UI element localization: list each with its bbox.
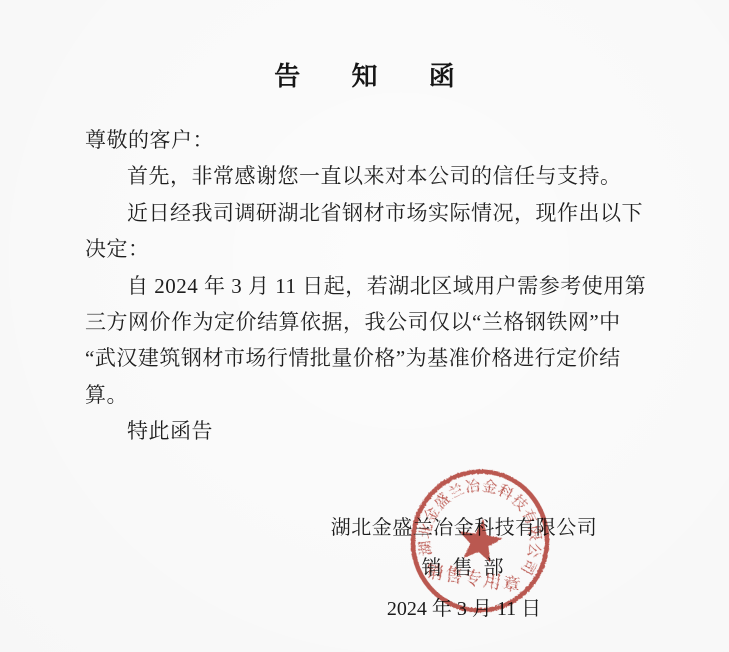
body-line: 自 2024 年 3 月 11 日起，若湖北区域用户需参考使用第 [85, 268, 651, 304]
signature-date: 2024 年 3 月 11 日 [320, 592, 608, 621]
body-line: 首先，非常感谢您一直以来对本公司的信任与支持。 [85, 158, 651, 194]
signature-department: 销 售 部 [320, 551, 608, 580]
closing-notice: 特此函告 [85, 413, 651, 449]
document-page: 告 知 函 尊敬的客户： 首先，非常感谢您一直以来对本公司的信任与支持。 近日经… [0, 0, 729, 652]
body-line: “武汉建筑钢材市场行情批量价格”为基准价格进行定价结 [85, 340, 651, 376]
signature-company-name: 湖北金盛兰冶金科技有限公司 [320, 511, 608, 540]
salutation: 尊敬的客户： [85, 122, 651, 158]
body-line: 三方网价作为定价结算依据，我公司仅以“兰格钢铁网”中 [85, 304, 651, 340]
signature-block: 湖北金盛兰冶金科技有限公司 销 售 部 2024 年 3 月 11 日 [320, 511, 608, 621]
letter-body: 尊敬的客户： 首先，非常感谢您一直以来对本公司的信任与支持。 近日经我司调研湖北… [85, 122, 651, 450]
body-line: 算。 [85, 377, 651, 413]
body-line: 近日经我司调研湖北省钢材市场实际情况，现作出以下 [85, 195, 651, 231]
document-title: 告 知 函 [0, 56, 729, 93]
body-line: 决定： [85, 231, 651, 267]
